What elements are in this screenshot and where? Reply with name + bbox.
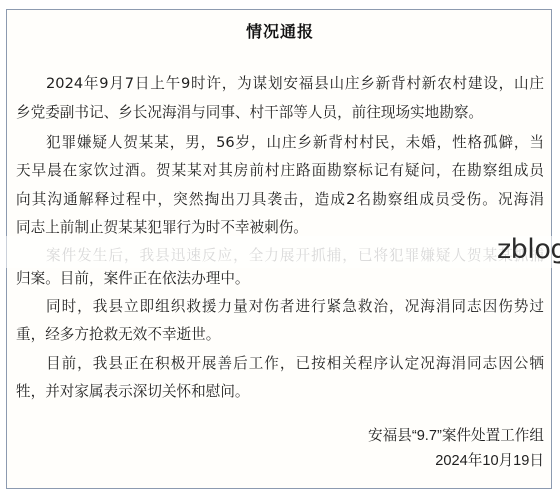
body-line: 牲，并对家属表示深切关怀和慰问。 <box>16 382 544 402</box>
body-line: 乡党委副书记、乡长况海涓与同事、村干部等人员，前往现场实地勘察。 <box>16 103 544 123</box>
body-line: 向其沟通解释过程中，突然掏出刀具袭击，造成2名勘察组成员受伤。况海涓 <box>16 190 544 210</box>
document-title: 情况通报 <box>0 19 560 42</box>
watermark-band <box>0 236 560 268</box>
body-line: 重，经多方抢救无效不幸逝世。 <box>16 325 544 345</box>
body-line: 目前，我县正在积极开展善后工作，已按相关程序认定况海涓同志因公牺 <box>46 354 544 374</box>
body-line: 天早晨在家饮过酒。贺某某对其房前村庄路面勘察标记有疑问，在勘察组成员 <box>16 161 544 181</box>
signature-date: 2024年10月19日 <box>435 449 544 470</box>
watermark-text: zblog <box>497 233 560 267</box>
body-line: 归案。目前，案件正在依法办理中。 <box>16 269 544 289</box>
body-line: 同时，我县立即组织救援力量对伤者进行紧急救治，况海涓同志因伤势过 <box>46 297 544 317</box>
body-line: 同志上前制止贺某某犯罪行为时不幸被刺伤。 <box>16 218 544 238</box>
signature-organization: 安福县“9.7”案件处置工作组 <box>368 424 544 445</box>
body-line: 2024年9月7日上午9时许，为谋划安福县山庄乡新背村新农村建设，山庄 <box>46 74 544 94</box>
body-line: 犯罪嫌疑人贺某某，男，56岁，山庄乡新背村村民，未婚，性格孤僻，当 <box>46 133 544 153</box>
